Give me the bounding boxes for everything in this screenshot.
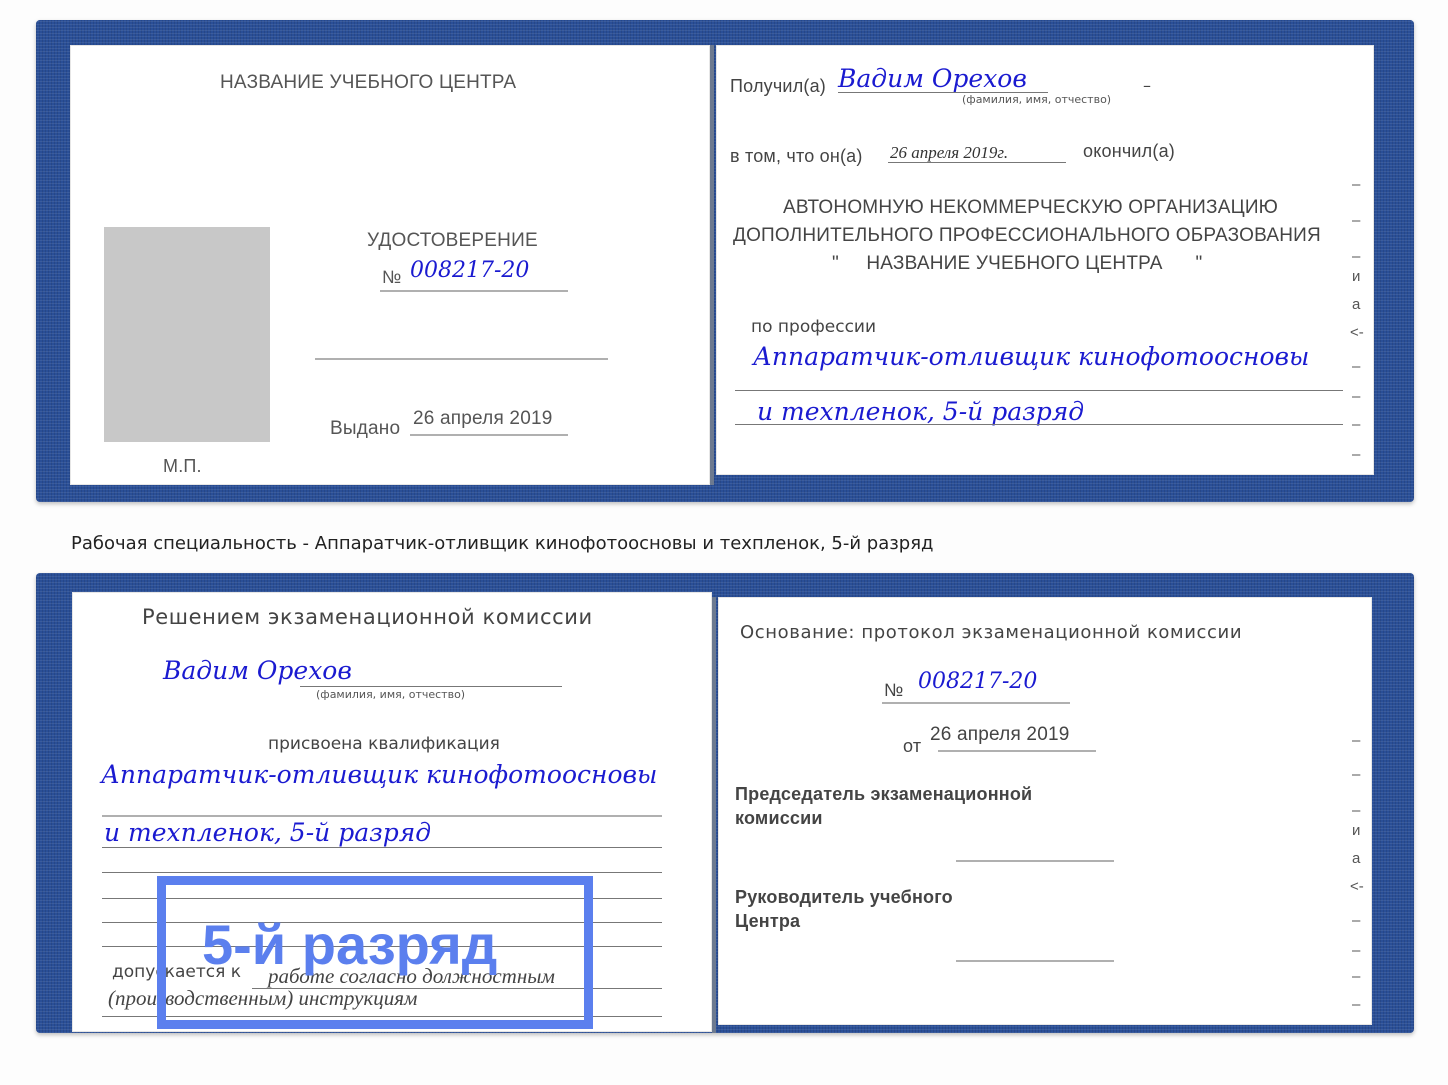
name-hint-back: (фамилия, имя, отчество) [316,688,465,701]
certificate-number: 008217-20 [410,258,529,283]
signature-line [315,358,608,360]
protocol-date: 26 апреля 2019 [930,724,1070,746]
profession-underline-1 [735,390,1343,391]
number-underline [380,290,568,292]
completion-date: 26 апреля 2019г. [890,143,1008,163]
name-hint: (фамилия, имя, отчество) [962,93,1111,106]
grade-stamp-text: 5-й разряд [202,912,497,977]
decision-label: Решением экзаменационной комиссии [142,605,593,629]
that-label: в том, что он(а) [730,146,863,167]
qualification-underline-1 [102,815,662,817]
head-label-line-1: Руководитель учебного [735,887,953,908]
ruled-line [102,847,662,848]
profession-line-2: и техпленок, 5-й разряд [757,397,1084,426]
head-signature-line [956,960,1114,962]
completed-label: окончил(а) [1083,141,1175,162]
issued-date: 26 апреля 2019 [413,408,553,430]
protocol-number: 008217-20 [918,669,1037,694]
qualification-line-2: и техпленок, 5-й разряд [104,818,431,847]
ruled-line [102,872,662,873]
specialty-caption: Рабочая специальность - Аппаратчик-отлив… [71,533,934,554]
basis-label: Основание: протокол экзаменационной коми… [740,622,1242,643]
org-name-heading: НАЗВАНИЕ УЧЕБНОГО ЦЕНТРА [220,72,516,94]
booklet-spine [710,45,714,485]
chairman-signature-line [956,860,1114,862]
protocol-number-label: № [884,680,904,701]
profession-underline-2 [735,424,1343,425]
completion-date-underline [888,162,1066,163]
doc-title: УДОСТОВЕРЕНИЕ [367,230,538,252]
received-label: Получил(а) [730,76,826,97]
number-label: № [382,267,402,288]
org-line-2: ДОПОЛНИТЕЛЬНОГО ПРОФЕССИОНАЛЬНОГО ОБРАЗО… [733,225,1321,247]
qualification-label: присвоена квалификация [268,734,500,754]
head-label-line-2: Центра [735,911,800,932]
photo-placeholder-icon [104,227,270,442]
protocol-date-label: от [903,736,921,757]
profession-label: по профессии [751,317,876,337]
qualification-line-1: Аппаратчик-отливщик кинофотоосновы [101,760,657,789]
org-line-1: АВТОНОМНУЮ НЕКОММЕРЧЕСКУЮ ОРГАНИЗАЦИЮ [783,197,1278,219]
profession-line-1: Аппаратчик-отливщик кинофотоосновы [753,342,1309,371]
issued-underline [410,434,568,436]
issued-label: Выдано [330,418,400,440]
recipient-name: Вадим Орехов [838,64,1027,93]
recipient-dash: – [1143,76,1151,95]
booklet-spine-back [712,597,716,1033]
org-line-3: " НАЗВАНИЕ УЧЕБНОГО ЦЕНТРА " [832,253,1202,275]
stamp-place-label: М.П. [163,456,202,477]
recipient-underline-back [300,686,562,687]
recipient-name-back: Вадим Орехов [163,656,352,685]
protocol-number-underline [882,702,1070,704]
protocol-date-underline [938,750,1096,752]
chairman-label-line-2: комиссии [735,808,823,829]
chairman-label-line-1: Председатель экзаменационной [735,784,1032,805]
